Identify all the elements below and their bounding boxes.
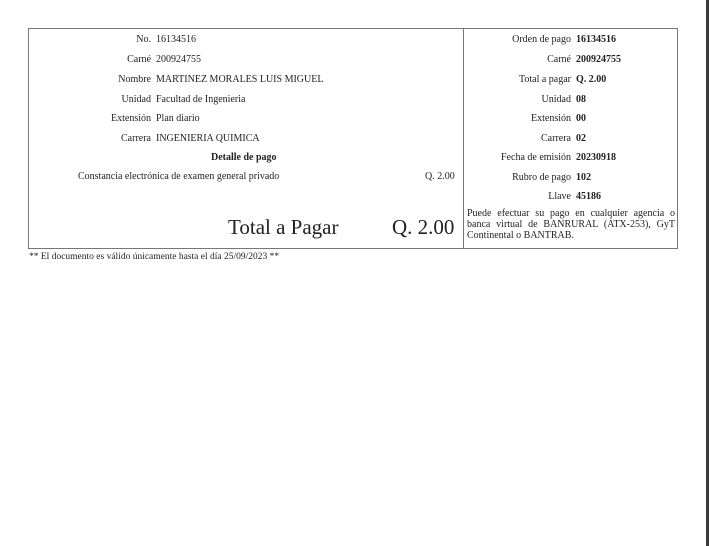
pay-value: 45186 (576, 191, 601, 203)
info-value: Plan diario (156, 113, 200, 125)
pay-label: Llave (461, 191, 571, 203)
info-label: No. (29, 34, 151, 46)
pay-value: 16134516 (576, 34, 616, 46)
pay-value: 102 (576, 172, 591, 184)
info-value: MARTINEZ MORALES LUIS MIGUEL (156, 74, 323, 86)
info-value: Facultad de Ingenieria (156, 94, 245, 106)
pay-value: Q. 2.00 (576, 74, 606, 86)
pay-value: 02 (576, 133, 586, 145)
pay-value: 00 (576, 113, 586, 125)
pay-value: 200924755 (576, 54, 621, 66)
payment-notice: Puede efectuar su pago en cualquier agen… (467, 208, 675, 241)
payment-detail-title: Detalle de pago (211, 152, 277, 163)
info-value: 200924755 (156, 54, 201, 66)
pay-label: Total a pagar (461, 74, 571, 86)
pay-label: Extensión (461, 113, 571, 125)
pay-value: 20230918 (576, 152, 616, 164)
info-value: 16134516 (156, 34, 196, 46)
pay-label: Orden de pago (461, 34, 571, 46)
validity-footnote: ** El documento es válido únicamente has… (29, 252, 279, 262)
info-value: INGENIERIA QUIMICA (156, 133, 260, 145)
info-label: Carné (29, 54, 151, 66)
pay-label: Fecha de emisión (461, 152, 571, 164)
info-label: Carrera (29, 133, 151, 145)
pay-label: Unidad (461, 94, 571, 106)
total-label: Total a Pagar (228, 215, 339, 239)
info-label: Unidad (29, 94, 151, 106)
pay-value: 08 (576, 94, 586, 106)
payment-receipt: No. 16134516 Carné 200924755 Nombre MART… (28, 28, 678, 249)
total-amount: Q. 2.00 (392, 215, 454, 239)
pay-label: Rubro de pago (461, 172, 571, 184)
pay-label: Carné (461, 54, 571, 66)
payment-item-amount: Q. 2.00 (425, 171, 455, 182)
payment-item-description: Constancia electrónica de examen general… (78, 171, 279, 182)
info-label: Nombre (29, 74, 151, 86)
pay-label: Carrera (461, 133, 571, 145)
info-label: Extensión (29, 113, 151, 125)
